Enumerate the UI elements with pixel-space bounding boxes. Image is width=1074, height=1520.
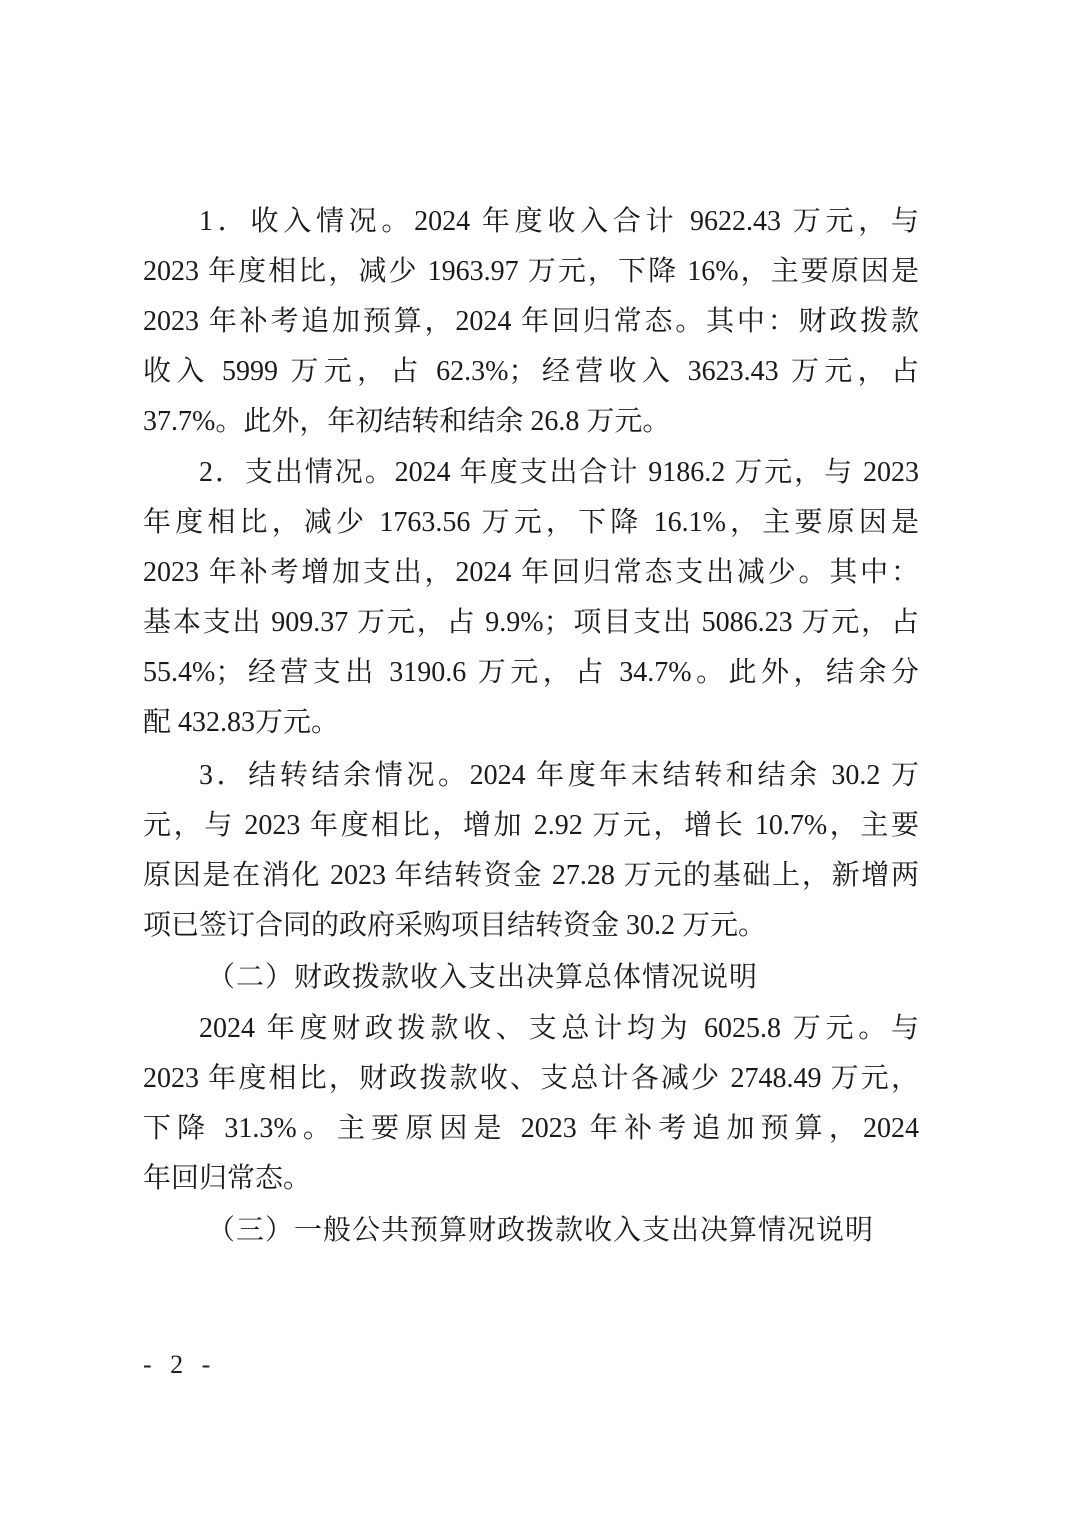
expenditure-paragraph-line-6: 配 432.83万元。 <box>143 698 919 748</box>
fiscal-summary-line-4: 年回归常态。 <box>143 1154 919 1204</box>
expenditure-paragraph-line-4: 基本支出 909.37 万元，占 9.9%；项目支出 5086.23 万元，占 <box>143 598 919 648</box>
carryover-paragraph-line-1: 3．结转结余情况。2024 年度年末结转和结余 30.2 万 <box>199 751 919 801</box>
fiscal-summary-line-2: 2023 年度相比，财政拨款收、支总计各减少 2748.49 万元， <box>143 1054 919 1104</box>
carryover-paragraph-line-3: 原因是在消化 2023 年结转资金 27.28 万元的基础上，新增两 <box>143 851 919 901</box>
expenditure-paragraph-line-2: 年度相比，减少 1763.56 万元，下降 16.1%，主要原因是 <box>143 498 919 548</box>
expenditure-paragraph-line-3: 2023 年补考增加支出，2024 年回归常态支出减少。其中： <box>143 548 919 598</box>
carryover-paragraph-line-2: 元，与 2023 年度相比，增加 2.92 万元，增长 10.7%，主要 <box>143 801 919 851</box>
fiscal-summary-line-1: 2024 年度财政拨款收、支总计均为 6025.8 万元。与 <box>199 1004 919 1054</box>
income-paragraph-line-3: 2023 年补考追加预算，2024 年回归常态。其中：财政拨款 <box>143 297 919 347</box>
carryover-paragraph-line-4: 项已签订合同的政府采购项目结转资金 30.2 万元。 <box>143 901 919 951</box>
expenditure-paragraph-line-5: 55.4%；经营支出 3190.6 万元，占 34.7%。此外，结余分 <box>143 648 919 698</box>
income-paragraph-line-4: 收入 5999 万元，占 62.3%；经营收入 3623.43 万元，占 <box>143 347 919 397</box>
page-number: - 2 - <box>143 1345 216 1385</box>
expenditure-paragraph-line-1: 2．支出情况。2024 年度支出合计 9186.2 万元，与 2023 <box>199 448 919 498</box>
section-heading-2: （二）财政拨款收入支出决算总体情况说明 <box>207 952 758 1002</box>
document-page: 1．收入情况。2024 年度收入合计 9622.43 万元，与 2023 年度相… <box>0 0 1074 1520</box>
section-heading-3: （三）一般公共预算财政拨款收入支出决算情况说明 <box>207 1205 874 1255</box>
income-paragraph-line-2: 2023 年度相比，减少 1963.97 万元，下降 16%，主要原因是 <box>143 247 919 297</box>
income-paragraph-line-1: 1．收入情况。2024 年度收入合计 9622.43 万元，与 <box>199 197 919 247</box>
income-paragraph-line-5: 37.7%。此外，年初结转和结余 26.8 万元。 <box>143 397 919 447</box>
fiscal-summary-line-3: 下降 31.3%。主要原因是 2023 年补考追加预算，2024 <box>143 1104 919 1154</box>
